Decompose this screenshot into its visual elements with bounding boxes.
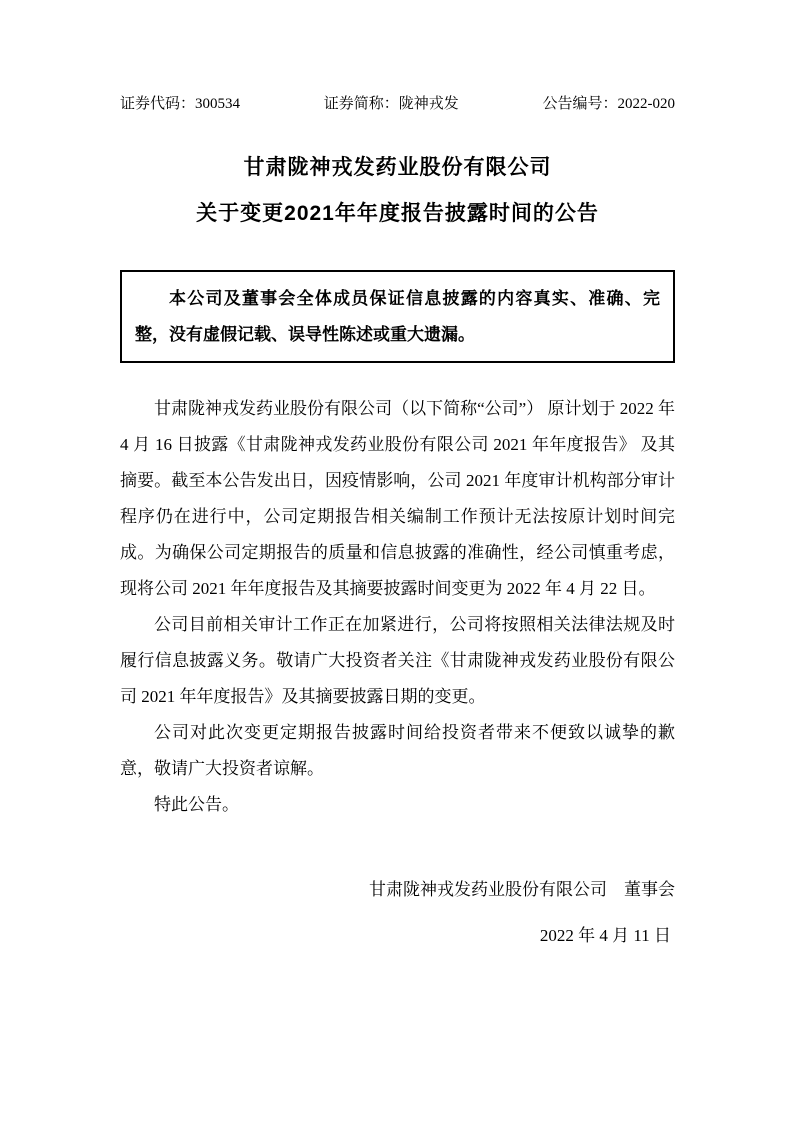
paragraph-original-plan: 甘肃陇神戎发药业股份有限公司（以下简称“公司”） 原计划于 2022 年 4 月… [120, 391, 675, 607]
company-name-title: 甘肃陇神戎发药业股份有限公司 [120, 145, 675, 191]
paragraph-audit-progress: 公司目前相关审计工作正在加紧进行，公司将按照相关法律法规及时履行信息披露义务。敬… [120, 607, 675, 715]
signature-date: 2022 年 4 月 11 日 [120, 913, 675, 959]
page-content: 证券代码：300534 证券简称：陇神戎发 公告编号：2022-020 甘肃陇神… [0, 0, 793, 959]
announcement-number: 公告编号：2022-020 [543, 93, 676, 115]
paragraph-closing: 特此公告。 [120, 787, 675, 823]
paragraph-apology: 公司对此次变更定期报告披露时间给投资者带来不便致以诚挚的歉意，敬请广大投资者谅解… [120, 715, 675, 787]
disclosure-notice-text: 本公司及董事会全体成员保证信息披露的内容真实、准确、完整，没有虚假记载、误导性陈… [135, 281, 660, 353]
announcement-subject-title: 关于变更2021年年度报告披露时间的公告 [120, 191, 675, 237]
announcement-body: 甘肃陇神戎发药业股份有限公司（以下简称“公司”） 原计划于 2022 年 4 月… [120, 391, 675, 823]
signature-block: 甘肃陇神戎发药业股份有限公司 董事会 2022 年 4 月 11 日 [120, 867, 675, 959]
announcement-page: 证券代码：300534 证券简称：陇神戎发 公告编号：2022-020 甘肃陇神… [0, 0, 793, 1122]
document-header: 证券代码：300534 证券简称：陇神戎发 公告编号：2022-020 [120, 93, 675, 115]
stock-code: 证券代码：300534 [120, 93, 240, 115]
document-title: 甘肃陇神戎发药业股份有限公司 关于变更2021年年度报告披露时间的公告 [120, 145, 675, 237]
stock-abbreviation: 证券简称：陇神戎发 [324, 93, 459, 115]
disclosure-notice-box: 本公司及董事会全体成员保证信息披露的内容真实、准确、完整，没有虚假记载、误导性陈… [120, 270, 675, 363]
signature-company: 甘肃陇神戎发药业股份有限公司 董事会 [120, 867, 675, 913]
